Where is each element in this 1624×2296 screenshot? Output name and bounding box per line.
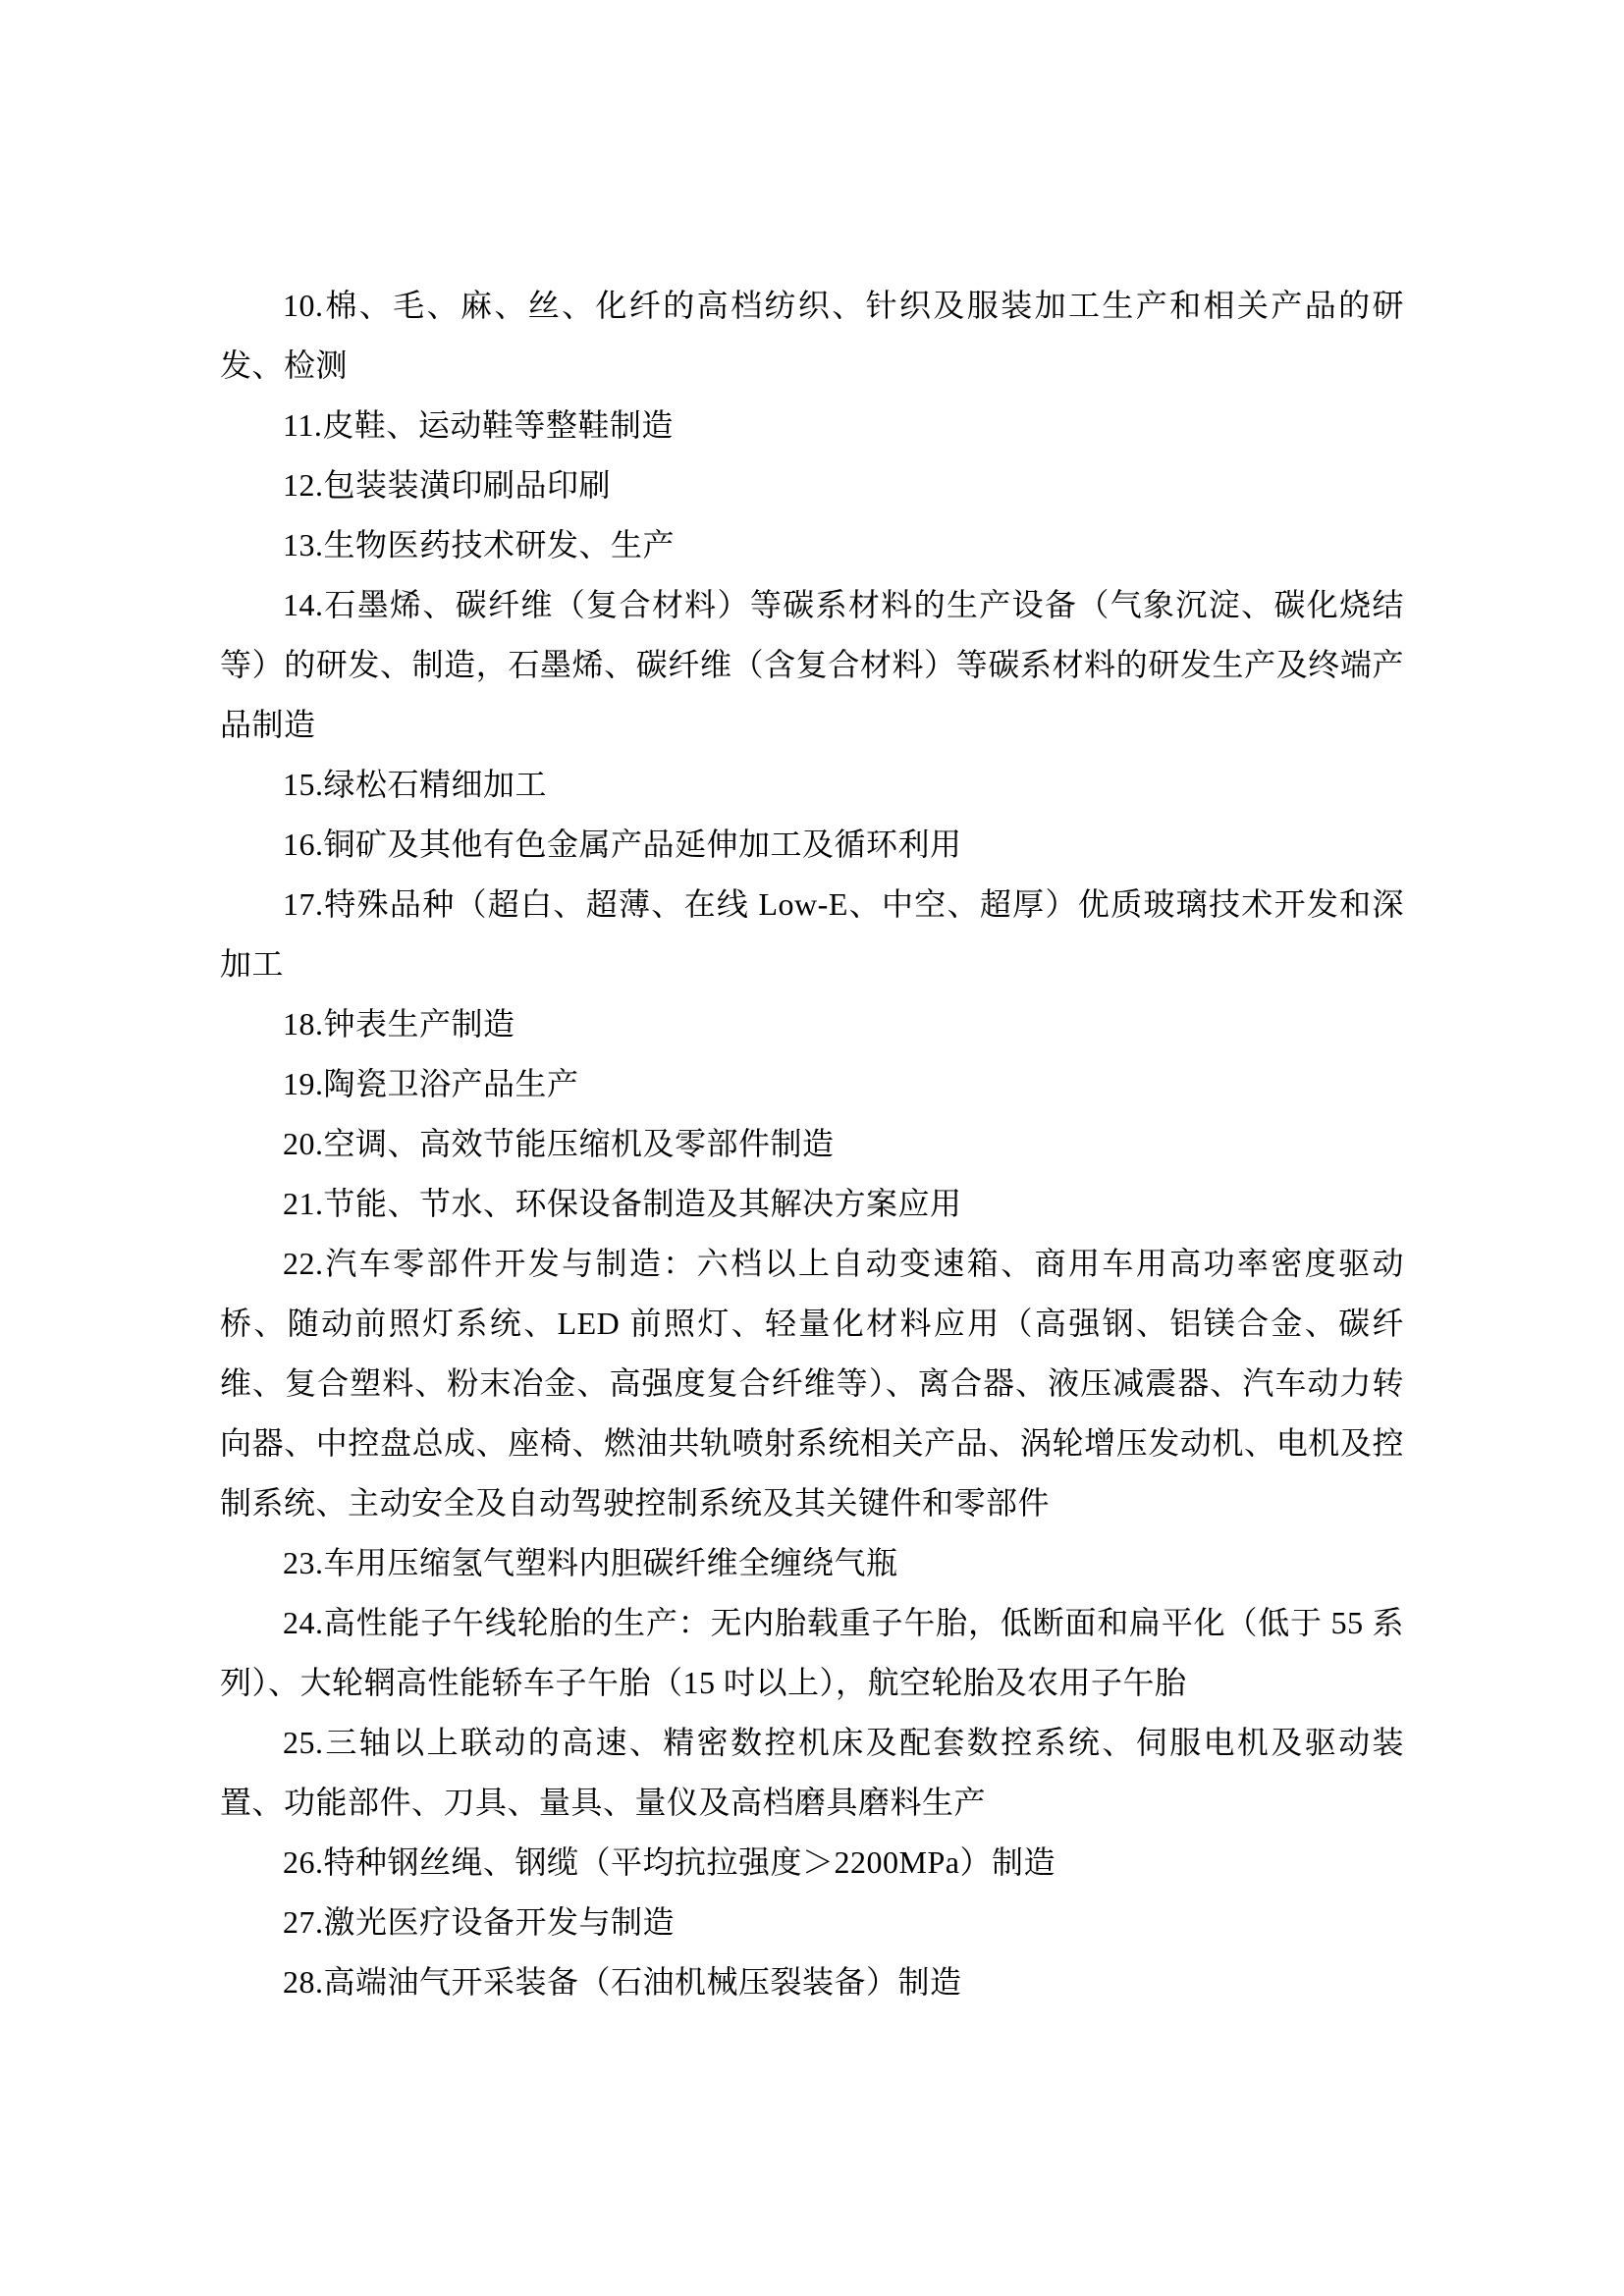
- list-item-16: 16.铜矿及其他有色金属产品延伸加工及循环利用: [220, 815, 1404, 875]
- list-item-26: 26.特种钢丝绳、钢缆（平均抗拉强度＞2200MPa）制造: [220, 1833, 1404, 1893]
- list-item-19: 19.陶瓷卫浴产品生产: [220, 1054, 1404, 1114]
- list-item-21: 21.节能、节水、环保设备制造及其解决方案应用: [220, 1174, 1404, 1234]
- list-item-10: 10.棉、毛、麻、丝、化纤的高档纺织、针织及服装加工生产和相关产品的研发、检测: [220, 276, 1404, 396]
- list-item-11: 11.皮鞋、运动鞋等整鞋制造: [220, 396, 1404, 455]
- document-page: 10.棉、毛、麻、丝、化纤的高档纺织、针织及服装加工生产和相关产品的研发、检测 …: [0, 0, 1624, 2296]
- list-item-25: 25.三轴以上联动的高速、精密数控机床及配套数控系统、伺服电机及驱动装置、功能部…: [220, 1713, 1404, 1833]
- list-item-20: 20.空调、高效节能压缩机及零部件制造: [220, 1114, 1404, 1174]
- numbered-list-text-block: 10.棉、毛、麻、丝、化纤的高档纺织、针织及服装加工生产和相关产品的研发、检测 …: [220, 276, 1404, 2012]
- list-item-15: 15.绿松石精细加工: [220, 755, 1404, 815]
- list-item-28: 28.高端油气开采装备（石油机械压裂装备）制造: [220, 1952, 1404, 2012]
- list-item-27: 27.激光医疗设备开发与制造: [220, 1893, 1404, 1952]
- list-item-14: 14.石墨烯、碳纤维（复合材料）等碳系材料的生产设备（气象沉淀、碳化烧结等）的研…: [220, 575, 1404, 755]
- list-item-23: 23.车用压缩氢气塑料内胆碳纤维全缠绕气瓶: [220, 1533, 1404, 1593]
- list-item-22: 22.汽车零部件开发与制造：六档以上自动变速箱、商用车用高功率密度驱动桥、随动前…: [220, 1234, 1404, 1533]
- list-item-17: 17.特殊品种（超白、超薄、在线 Low-E、中空、超厚）优质玻璃技术开发和深加…: [220, 875, 1404, 994]
- list-item-13: 13.生物医药技术研发、生产: [220, 515, 1404, 575]
- list-item-12: 12.包装装潢印刷品印刷: [220, 455, 1404, 515]
- list-item-24: 24.高性能子午线轮胎的生产：无内胎载重子午胎，低断面和扁平化（低于 55 系列…: [220, 1593, 1404, 1713]
- list-item-18: 18.钟表生产制造: [220, 994, 1404, 1054]
